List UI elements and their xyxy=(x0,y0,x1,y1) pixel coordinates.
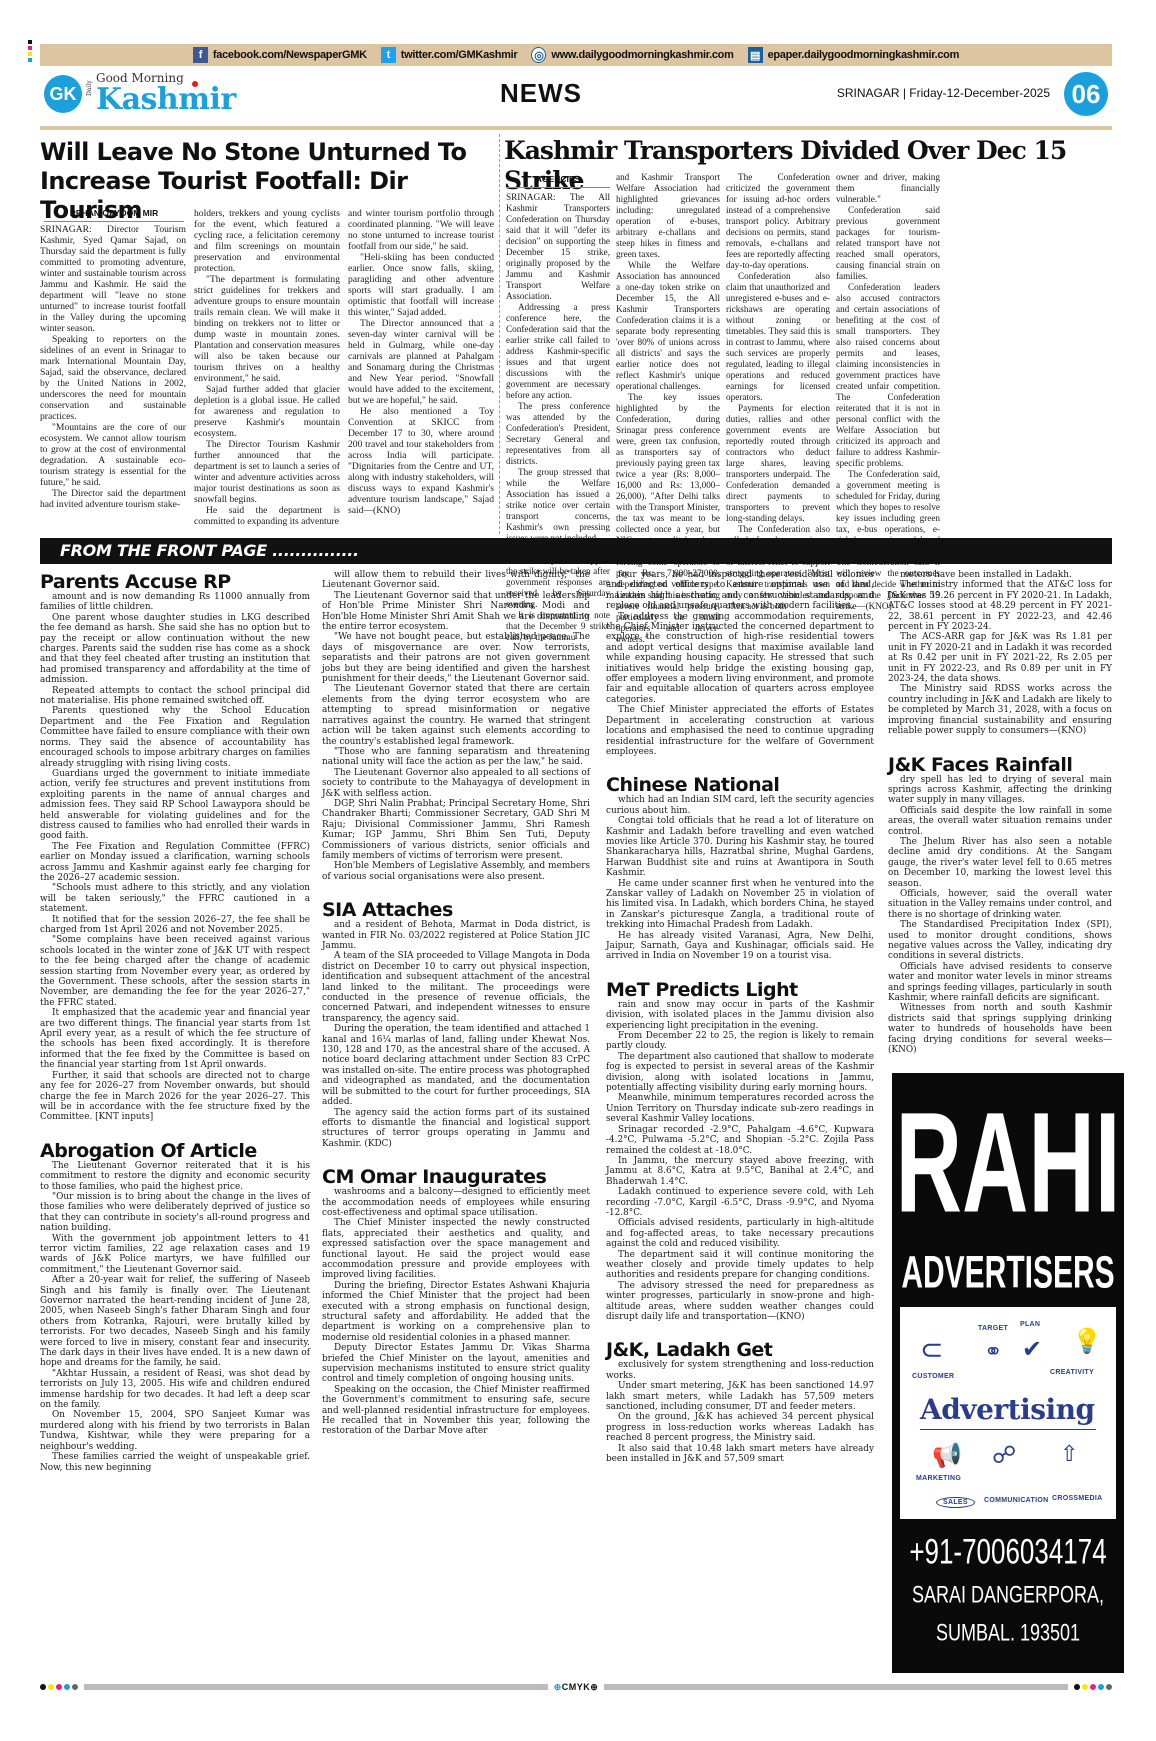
paragraph: The department said it will continue mon… xyxy=(606,1250,874,1281)
paragraph: With the government job appointment lett… xyxy=(40,1234,310,1276)
ad-address-line-1: SARAI DANGERPORA, xyxy=(892,1581,1124,1609)
label-target: TARGET xyxy=(978,1325,1008,1332)
paragraph: "Some complains have been received again… xyxy=(40,935,310,1008)
label-creativity: CREATIVITY xyxy=(1050,1369,1094,1376)
paragraph: SRINAGAR: Director Tourism Kashmir, Syed… xyxy=(40,224,186,334)
paragraph: will allow them to rebuild their lives w… xyxy=(322,570,590,591)
facebook-link[interactable]: f facebook.com/NewspaperGMK xyxy=(193,47,367,63)
front-page-column-1: Parents Accuse RP amount and is now dema… xyxy=(40,570,310,1473)
epaper-url: epaper.dailygoodmorningkashmir.com xyxy=(768,49,960,61)
paragraph: "Our mission is to bring about the chang… xyxy=(40,1192,310,1234)
story-title-abrogation: Abrogation Of Article xyxy=(40,1141,310,1161)
paragraph: The Chief Minister appreciated the effor… xyxy=(606,705,874,757)
paragraph: These families carried the weight of uns… xyxy=(40,1452,310,1473)
paragraph: On the ground, J&K has achieved 34 perce… xyxy=(606,1412,874,1443)
paragraph: four years, he had inspected these resid… xyxy=(606,570,874,612)
paragraph: The Standardised Precipitation Index (SP… xyxy=(888,920,1112,962)
twitter-icon: t xyxy=(381,47,396,63)
lightbulb-icon: 💡 xyxy=(1072,1327,1102,1356)
paragraph: rain and snow may occur in parts of the … xyxy=(606,1000,874,1031)
paragraph: Sajad further added that glacier depleti… xyxy=(194,384,340,439)
ad-address-line-2: SUMBAL. 193501 xyxy=(892,1619,1124,1647)
story-title-cm-omar: CM Omar Inaugurates xyxy=(322,1167,590,1187)
paragraph: It emphasized that the academic year and… xyxy=(40,1008,310,1070)
paragraph: The ACS-ARR gap for J&K was Rs 1.81 per … xyxy=(888,632,1112,684)
paragraph: The Director said the department had inv… xyxy=(40,488,186,510)
checkmark-icon: ✔ xyxy=(1022,1335,1042,1364)
facebook-url: facebook.com/NewspaperGMK xyxy=(213,49,367,61)
paragraph: The Lieutenant Governor said that under … xyxy=(322,591,590,633)
paragraph: The ministry informed that the AT&C loss… xyxy=(888,580,1112,632)
rahi-advertisement[interactable]: RAHI ADVERTISERS CUSTOMER TARGET PLAN CR… xyxy=(892,1073,1124,1673)
paragraph: After a 20-year wait for relief, the suf… xyxy=(40,1275,310,1369)
binoculars-icon: ⚭ xyxy=(984,1339,1002,1365)
paragraph: SRINAGAR: The All Kashmir Transporters C… xyxy=(506,192,610,302)
paragraph: dry spell has led to drying of several m… xyxy=(888,775,1112,806)
paragraph: He said the department is committed to e… xyxy=(194,505,340,527)
paragraph: and Kashmir Transport Welfare Associatio… xyxy=(616,172,720,260)
paragraph: Officials said despite the low rainfall … xyxy=(888,806,1112,837)
paragraph: While the Welfare Association has announ… xyxy=(616,260,720,392)
paragraph: The Lieutenant Governor reiterated that … xyxy=(40,1161,310,1192)
magnet-icon: ⊂ xyxy=(920,1333,943,1366)
cmyk-mark: ⊕CMYK⊕ xyxy=(554,1682,599,1693)
paragraph: The agency said the action forms part of… xyxy=(322,1108,590,1150)
advertising-word: Advertising xyxy=(920,1393,1095,1426)
story-title-jk-ladakh: J&K, Ladakh Get xyxy=(606,1340,874,1360)
twitter-link[interactable]: t twitter.com/GMKashmir xyxy=(381,47,518,63)
paragraph: Deputy Director Estates Jammu Dr. Vikas … xyxy=(322,1343,590,1385)
paragraph: The Lieutenant Governor stated that ther… xyxy=(322,684,590,746)
paragraph: A team of the SIA proceeded to Village M… xyxy=(322,951,590,1024)
paragraph: It also said that 10.48 lakh smart meter… xyxy=(606,1444,874,1465)
advertising-illustration: CUSTOMER TARGET PLAN CREATIVITY ⊂ ⚭ ✔ 💡 … xyxy=(900,1307,1116,1519)
front-page-column-2: will allow them to rebuild their lives w… xyxy=(322,570,590,1437)
paragraph: Further, it said that schools are direct… xyxy=(40,1071,310,1123)
paragraph: In Jammu, the mercury stayed above freez… xyxy=(606,1156,874,1187)
paragraph: It notified that for the session 2026–27… xyxy=(40,915,310,936)
paragraph: The advisory stressed the need for prepa… xyxy=(606,1281,874,1323)
paragraph: "The department is formulating strict gu… xyxy=(194,274,340,384)
paragraph: He came under scanner first when he vent… xyxy=(606,879,874,931)
byline-transport: AGENCIES xyxy=(506,174,610,188)
story-title-met: MeT Predicts Light xyxy=(606,980,874,1000)
paragraph: washrooms and a balcony—designed to effi… xyxy=(322,1187,590,1218)
paragraph: Officials advised residents, particularl… xyxy=(606,1218,874,1249)
paragraph: The department also cautioned that shall… xyxy=(606,1052,874,1094)
ad-title: RAHI xyxy=(892,1089,1124,1238)
color-registration-marks xyxy=(28,40,34,64)
paragraph: "Akhtar Hussain, a resident of Reasi, wa… xyxy=(40,1369,310,1411)
masthead: GK Good Morning Daily Kashmir NEWS SRINA… xyxy=(40,66,1112,128)
paragraph: "Mountains are the core of our ecosystem… xyxy=(40,422,186,488)
paragraph: During the operation, the team identifie… xyxy=(322,1024,590,1107)
paragraph: The Fee Fixation and Regulation Committe… xyxy=(40,842,310,884)
twitter-url: twitter.com/GMKashmir xyxy=(401,49,518,61)
paragraph: owner and driver, making them financiall… xyxy=(836,172,940,205)
tourism-column-1: SRINAGAR: Director Tourism Kashmir, Syed… xyxy=(40,224,186,510)
paragraph: The Director announced that a seven-day … xyxy=(348,318,494,406)
paragraph: The Ministry said RDSS works across the … xyxy=(888,684,1112,736)
newspaper-page: f facebook.com/NewspaperGMK t twitter.co… xyxy=(40,0,1112,1741)
network-icon: ☍ xyxy=(992,1441,1016,1470)
paragraph: meters have been installed in Ladakh. xyxy=(888,570,1112,580)
from-front-page-banner: FROM THE FRONT PAGE ............... xyxy=(40,538,1112,564)
label-customer: CUSTOMER xyxy=(912,1373,954,1380)
ad-phone-number[interactable]: +91-7006034174 xyxy=(892,1531,1124,1572)
label-marketing: MARKETING xyxy=(916,1475,961,1482)
paragraph: Confederation leaders also accused contr… xyxy=(836,282,940,469)
paragraph: To address the growing accommodation req… xyxy=(606,612,874,706)
section-title: NEWS xyxy=(500,78,582,109)
paragraph: Meanwhile, minimum temperatures recorded… xyxy=(606,1093,874,1124)
footer-rule-left xyxy=(84,1684,548,1690)
website-url: www.dailygoodmorningkashmir.com xyxy=(551,49,733,61)
paragraph: Hon'ble Members of Legislative Assembly,… xyxy=(322,861,590,882)
paragraph: The press conference was attended by the… xyxy=(506,401,610,467)
paragraph: Confederation said previous government p… xyxy=(836,205,940,282)
paragraph: During the briefing, Director Estates As… xyxy=(322,1281,590,1343)
paragraph: "Heli-skiing has been conducted earlier.… xyxy=(348,252,494,318)
paragraph: The Confederation criticized the governm… xyxy=(726,172,830,271)
paragraph: The group stressed that while the Welfar… xyxy=(506,467,610,544)
logo-daily: Daily xyxy=(86,80,93,96)
paragraph: He also mentioned a Toy Convention at SK… xyxy=(348,406,494,516)
paragraph: exclusively for system strengthening and… xyxy=(606,1360,874,1381)
paragraph: Officials, however, said the overall wat… xyxy=(888,889,1112,920)
dateline: SRINAGAR | Friday-12-December-2025 xyxy=(837,86,1050,100)
logo-dot-icon xyxy=(192,81,198,87)
tourism-column-3: and winter tourism portfolio through coo… xyxy=(348,208,494,516)
footer-rule-right xyxy=(604,1684,1068,1690)
paragraph: From December 22 to 25, the region is li… xyxy=(606,1031,874,1052)
paragraph: which had an Indian SIM card, left the s… xyxy=(606,795,874,816)
paragraph: "Schools must adhere to this strictly, a… xyxy=(40,883,310,914)
paragraph: Witnesses from north and south Kashmir d… xyxy=(888,1003,1112,1055)
paragraph: Payments for election duties, rallies an… xyxy=(726,403,830,524)
paragraph: The Jhelum River has also seen a notable… xyxy=(888,837,1112,889)
logo-mark: GK xyxy=(44,75,82,113)
paragraph: Confederation also claim that unauthoriz… xyxy=(726,271,830,403)
paragraph: Ladakh continued to experience severe co… xyxy=(606,1187,874,1218)
underline xyxy=(920,1429,1096,1430)
paragraph: The Chief Minister inspected the newly c… xyxy=(322,1218,590,1280)
paragraph: Repeated attempts to contact the school … xyxy=(40,686,310,707)
ad-subtitle: ADVERTISERS xyxy=(892,1247,1124,1301)
paragraph: and winter tourism portfolio through coo… xyxy=(348,208,494,252)
label-communication: COMMUNICATION xyxy=(984,1497,1048,1504)
paragraph: Under smart metering, J&K has been sanct… xyxy=(606,1381,874,1412)
paragraph: Officials have advised residents to cons… xyxy=(888,962,1112,1004)
paragraph: amount and is now demanding Rs 11000 ann… xyxy=(40,592,310,613)
page-number-badge: 06 xyxy=(1064,72,1108,116)
paragraph: Addressing a press conference here, the … xyxy=(506,302,610,401)
paragraph: On November 15, 2004, SPO Sanjeet Kumar … xyxy=(40,1410,310,1452)
front-page-column-3: four years, he had inspected these resid… xyxy=(606,570,874,1464)
arrows-icon: ⇧ xyxy=(1060,1441,1078,1467)
paragraph: Guardians urged the government to initia… xyxy=(40,769,310,842)
paragraph: "We have not bought peace, but establish… xyxy=(322,632,590,684)
label-crossmedia: CROSSMEDIA xyxy=(1052,1495,1102,1502)
paragraph: holders, trekkers and young cyclists for… xyxy=(194,208,340,274)
color-dots-left xyxy=(40,1684,78,1690)
paragraph: Parents questioned why the School Educat… xyxy=(40,706,310,768)
column-divider xyxy=(499,134,500,534)
story-title-rainfall: J&K Faces Rainfall xyxy=(888,755,1112,775)
story-title-parents: Parents Accuse RP xyxy=(40,572,310,592)
epaper-link[interactable]: ▤ epaper.dailygoodmorningkashmir.com xyxy=(748,47,960,63)
megaphone-icon: 📢 xyxy=(932,1441,962,1470)
paragraph: Speaking on the occasion, the Chief Mini… xyxy=(322,1385,590,1437)
logo-wordmark: Kashmir xyxy=(96,82,236,117)
paragraph: "Those who are fanning separatism and th… xyxy=(322,747,590,768)
masthead-rule xyxy=(40,126,1112,130)
label-plan: PLAN xyxy=(1020,1321,1040,1328)
document-icon: ▤ xyxy=(748,47,763,63)
paragraph: Srinagar recorded -2.9°C, Pahalgam -4.6°… xyxy=(606,1125,874,1156)
front-page-column-4: meters have been installed in Ladakh. Th… xyxy=(888,570,1112,1055)
paragraph: One parent whose daughter studies in LKG… xyxy=(40,613,310,686)
label-sales: SALES xyxy=(936,1497,975,1508)
paragraph: The Director Tourism Kashmir further ann… xyxy=(194,439,340,505)
website-link[interactable]: ◎ www.dailygoodmorningkashmir.com xyxy=(531,47,733,63)
byline-tourism: REHAN QAYOOM MIR xyxy=(44,208,184,222)
story-title-chinese: Chinese National xyxy=(606,775,874,795)
facebook-icon: f xyxy=(193,47,208,63)
social-links-bar: f facebook.com/NewspaperGMK t twitter.co… xyxy=(40,44,1112,66)
paragraph: The Lieutenant Governor also appealed to… xyxy=(322,768,590,799)
paragraph: DGP, Shri Nalin Prabhat; Principal Secre… xyxy=(322,799,590,861)
tourism-column-2: holders, trekkers and young cyclists for… xyxy=(194,208,340,527)
story-title-sia: SIA Attaches xyxy=(322,900,590,920)
paragraph: Congtai told officials that he read a lo… xyxy=(606,816,874,878)
paragraph: and a resident of Behota, Marmat in Doda… xyxy=(322,920,590,951)
globe-icon: ◎ xyxy=(531,47,546,63)
page-footer: ⊕CMYK⊕ xyxy=(40,1680,1112,1694)
paragraph: Speaking to reporters on the sidelines o… xyxy=(40,334,186,422)
color-dots-right xyxy=(1074,1684,1112,1690)
paragraph: He has already visited Varanasi, Agra, N… xyxy=(606,931,874,962)
